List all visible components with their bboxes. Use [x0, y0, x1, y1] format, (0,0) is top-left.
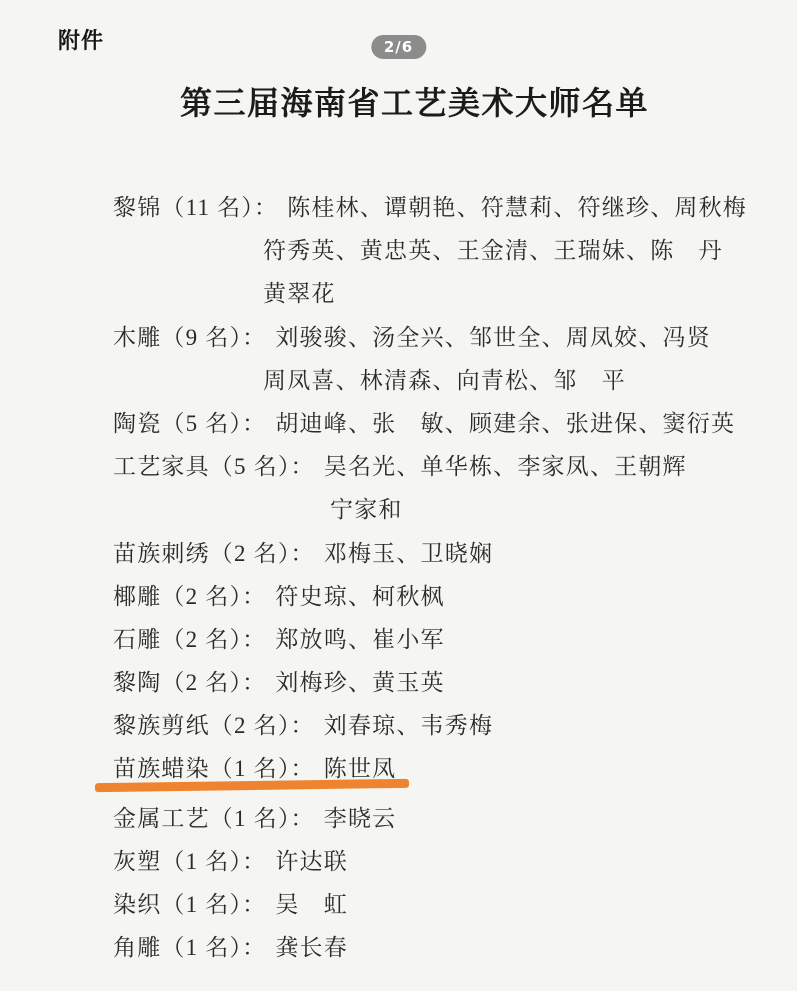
entry-line: 椰雕（2 名）：符史琼、柯秋枫 — [113, 575, 777, 618]
names-continuation-line: 黄翠花 — [263, 272, 777, 315]
entry-line: 黎族剪纸（2 名）：刘春琼、韦秀梅 — [113, 704, 777, 747]
names-text: 陈世凤 — [324, 756, 397, 781]
names-continuation-line: 周凤喜、林清森、向青松、邹 平 — [263, 359, 777, 402]
entry-line: 染织（1 名）：吴 虹 — [113, 883, 777, 926]
list-entry: 金属工艺（1 名）：李晓云 — [113, 797, 777, 840]
category-label: 苗族蜡染（1 名）： — [113, 756, 315, 781]
category-label: 灰塑（1 名）： — [113, 849, 266, 874]
entry-line: 黎锦（11 名）：陈桂林、谭朝艳、符慧莉、符继珍、周秋梅 — [113, 186, 777, 229]
names-text: 龚长春 — [275, 935, 348, 960]
attachment-label: 附件 — [58, 24, 104, 55]
list-entry: 染织（1 名）：吴 虹 — [113, 883, 777, 926]
master-list: 黎锦（11 名）：陈桂林、谭朝艳、符慧莉、符继珍、周秋梅符秀英、黄忠英、王金清、… — [113, 186, 777, 969]
list-entry: 陶瓷（5 名）：胡迪峰、张 敏、顾建余、张进保、窦衍英 — [113, 402, 777, 445]
names-continuation-line: 符秀英、黄忠英、王金清、王瑞妹、陈 丹 — [263, 229, 777, 272]
list-entry: 黎锦（11 名）：陈桂林、谭朝艳、符慧莉、符继珍、周秋梅符秀英、黄忠英、王金清、… — [113, 186, 777, 316]
names-text: 符秀英、黄忠英、王金清、王瑞妹、陈 丹 — [263, 238, 723, 263]
category-label: 金属工艺（1 名）： — [113, 806, 315, 831]
page-number-badge: 2/6 — [371, 35, 426, 59]
category-label: 黎族剪纸（2 名）： — [113, 713, 315, 738]
names-text: 邓梅玉、卫晓娴 — [324, 541, 493, 566]
names-text: 刘春琼、韦秀梅 — [324, 713, 493, 738]
names-text: 宁家和 — [330, 497, 403, 522]
category-label: 木雕（9 名）： — [113, 325, 266, 350]
category-label: 角雕（1 名）： — [113, 935, 266, 960]
category-label: 黎锦（11 名）： — [113, 195, 278, 220]
list-entry: 木雕（9 名）：刘骏骏、汤全兴、邹世全、周凤姣、冯贤周凤喜、林清森、向青松、邹 … — [113, 316, 777, 402]
entry-line: 角雕（1 名）：龚长春 — [113, 926, 777, 969]
category-label: 染织（1 名）： — [113, 892, 266, 917]
list-entry: 角雕（1 名）：龚长春 — [113, 926, 777, 969]
names-text: 吴名光、单华栋、李家凤、王朝辉 — [324, 454, 687, 479]
list-entry: 椰雕（2 名）：符史琼、柯秋枫 — [113, 575, 777, 618]
entry-line: 石雕（2 名）：郑放鸣、崔小军 — [113, 618, 777, 661]
names-text: 刘梅珍、黄玉英 — [275, 670, 444, 695]
names-text: 胡迪峰、张 敏、顾建余、张进保、窦衍英 — [275, 411, 735, 436]
list-entry: 工艺家具（5 名）：吴名光、单华栋、李家凤、王朝辉宁家和 — [113, 445, 777, 531]
document-page: 附件 2/6 第三届海南省工艺美术大师名单 黎锦（11 名）：陈桂林、谭朝艳、符… — [0, 0, 797, 991]
list-entry: 灰塑（1 名）：许达联 — [113, 840, 777, 883]
entry-line: 灰塑（1 名）：许达联 — [113, 840, 777, 883]
names-text: 郑放鸣、崔小军 — [275, 627, 444, 652]
names-text: 周凤喜、林清森、向青松、邹 平 — [263, 368, 626, 393]
entry-line: 工艺家具（5 名）：吴名光、单华栋、李家凤、王朝辉 — [113, 445, 777, 488]
names-text: 李晓云 — [324, 806, 397, 831]
entry-line: 金属工艺（1 名）：李晓云 — [113, 797, 777, 840]
category-label: 椰雕（2 名）： — [113, 584, 266, 609]
names-text: 陈桂林、谭朝艳、符慧莉、符继珍、周秋梅 — [287, 195, 747, 220]
category-label: 黎陶（2 名）： — [113, 670, 266, 695]
entry-line: 苗族刺绣（2 名）：邓梅玉、卫晓娴 — [113, 532, 777, 575]
list-entry: 石雕（2 名）：郑放鸣、崔小军 — [113, 618, 777, 661]
names-text: 许达联 — [275, 849, 348, 874]
names-text: 刘骏骏、汤全兴、邹世全、周凤姣、冯贤 — [275, 325, 711, 350]
document-title: 第三届海南省工艺美术大师名单 — [0, 78, 797, 124]
names-text: 黄翠花 — [263, 281, 336, 306]
names-continuation-line: 宁家和 — [330, 488, 777, 531]
names-text: 符史琼、柯秋枫 — [275, 584, 444, 609]
category-label: 苗族刺绣（2 名）： — [113, 541, 315, 566]
entry-line: 陶瓷（5 名）：胡迪峰、张 敏、顾建余、张进保、窦衍英 — [113, 402, 777, 445]
category-label: 陶瓷（5 名）： — [113, 411, 266, 436]
category-label: 工艺家具（5 名）： — [113, 454, 315, 479]
list-entry: 黎陶（2 名）：刘梅珍、黄玉英 — [113, 661, 777, 704]
list-entry: 黎族剪纸（2 名）：刘春琼、韦秀梅 — [113, 704, 777, 747]
list-entry: 苗族蜡染（1 名）：陈世凤 — [113, 747, 777, 790]
names-text: 吴 虹 — [275, 892, 348, 917]
entry-line: 木雕（9 名）：刘骏骏、汤全兴、邹世全、周凤姣、冯贤 — [113, 316, 777, 359]
entry-line: 黎陶（2 名）：刘梅珍、黄玉英 — [113, 661, 777, 704]
category-label: 石雕（2 名）： — [113, 627, 266, 652]
list-entry: 苗族刺绣（2 名）：邓梅玉、卫晓娴 — [113, 532, 777, 575]
